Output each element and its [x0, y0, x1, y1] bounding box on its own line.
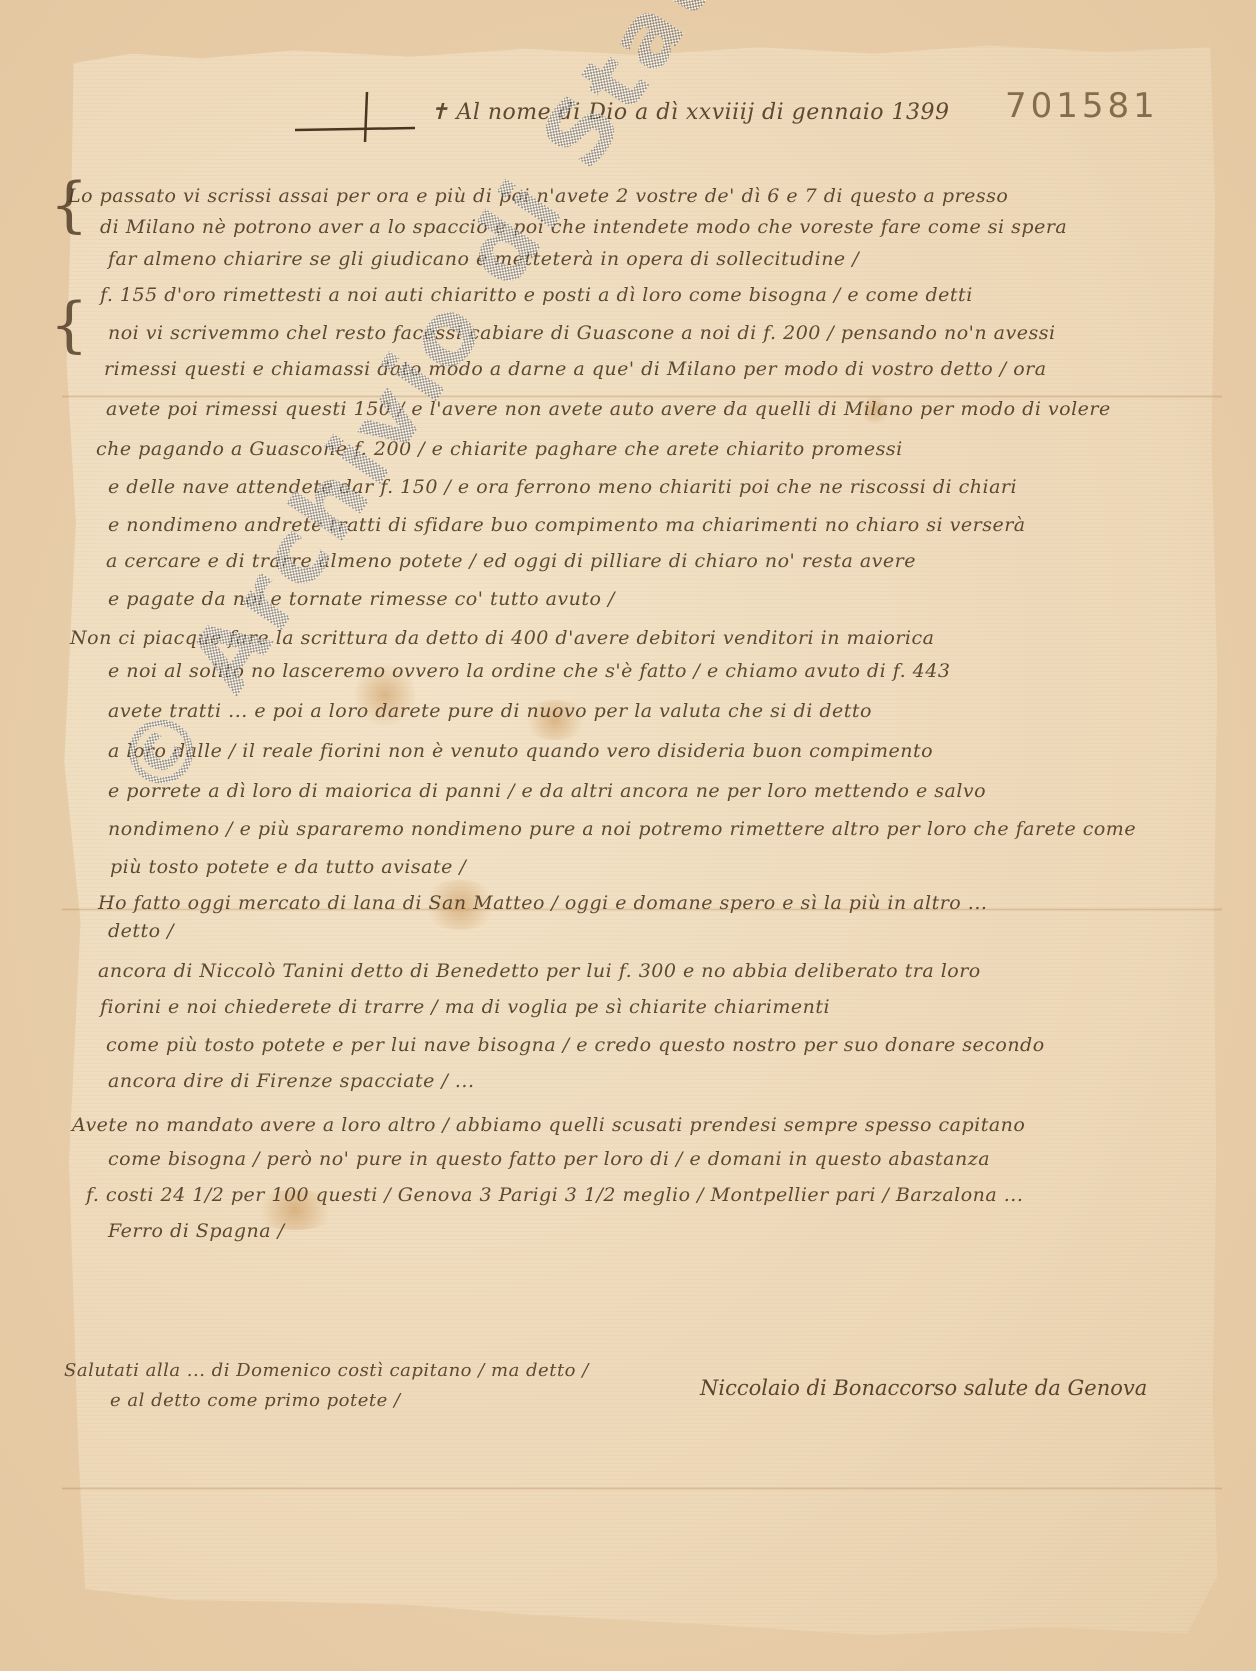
- signature: Niccolaio di Bonaccorso salute da Genova: [700, 1376, 1147, 1400]
- postscript-line: e al detto come primo potete /: [110, 1390, 401, 1411]
- text-line: ancora di Niccolò Tanini detto di Benede…: [98, 960, 981, 982]
- text-line: noi vi scrivemmo chel resto facessi cabi…: [108, 322, 1056, 344]
- text-line: a loro dalle / il reale fiorini non è ve…: [108, 740, 933, 762]
- text-line: nondimeno / e più spararemo nondimeno pu…: [108, 818, 1136, 840]
- invocation-heading: ✝ Al nome di Dio a dì xxviiij di gennaio…: [430, 100, 949, 125]
- text-line: come bisogna / però no' pure in questo f…: [108, 1148, 990, 1170]
- archive-number: 701581: [1005, 86, 1159, 126]
- text-line: e pagate da noi e tornate rimesse co' tu…: [108, 588, 615, 610]
- text-line: e delle nave attendete dar f. 150 / e or…: [108, 476, 1017, 498]
- fold-crease: [62, 1487, 1222, 1490]
- postscript-line: Salutati alla ... di Domenico costì capi…: [64, 1360, 589, 1381]
- text-line: Avete no mandato avere a loro altro / ab…: [72, 1114, 1025, 1136]
- text-line: Ho fatto oggi mercato di lana di San Mat…: [98, 892, 987, 914]
- margin-bracket: {: [50, 290, 88, 360]
- text-line: e nondimeno andrete tratti di sfidare bu…: [108, 514, 1026, 536]
- text-line: Ferro di Spagna /: [108, 1220, 285, 1242]
- text-line: che pagando a Guascone f. 200 / e chiari…: [96, 438, 903, 460]
- text-line: rimessi questi e chiamassi dato modo a d…: [104, 358, 1047, 380]
- text-line: ancora dire di Firenze spacciate / ...: [108, 1070, 475, 1092]
- text-line: fiorini e noi chiederete di trarre / ma …: [100, 996, 830, 1018]
- text-line: f. costi 24 1/2 per 100 questi / Genova …: [86, 1184, 1023, 1206]
- text-line: più tosto potete e da tutto avisate /: [110, 856, 466, 878]
- text-line: avete poi rimessi questi 150 / e l'avere…: [106, 398, 1111, 420]
- text-line: come più tosto potete e per lui nave bis…: [106, 1034, 1045, 1056]
- text-line: detto /: [108, 920, 174, 942]
- cross-icon: [295, 92, 415, 142]
- text-line: e porrete a dì loro di maiorica di panni…: [108, 780, 986, 802]
